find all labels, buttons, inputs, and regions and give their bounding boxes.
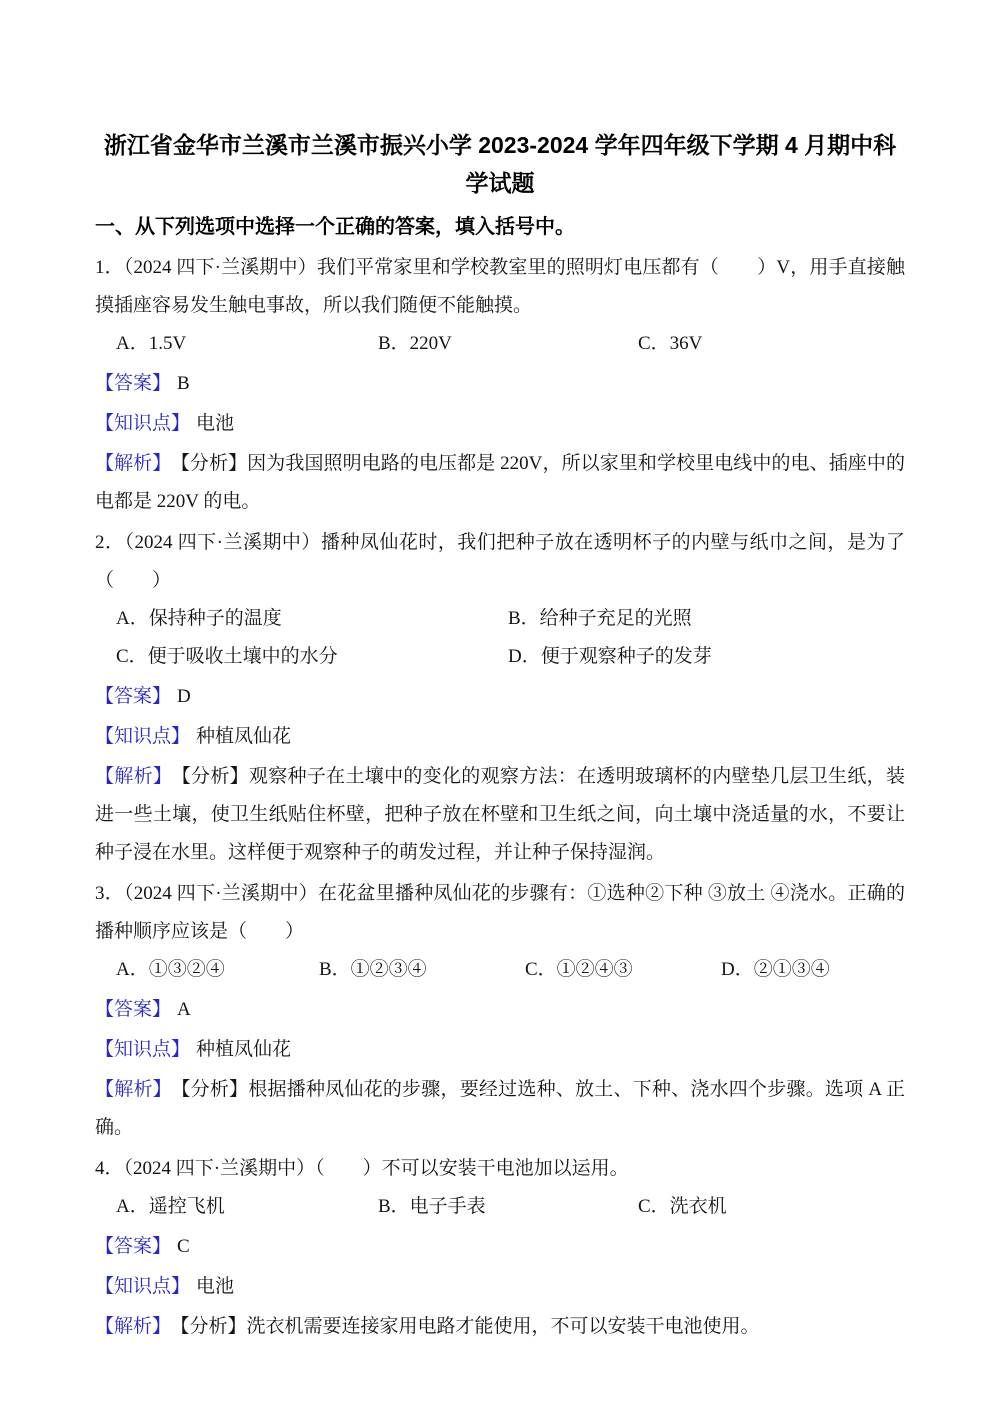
analysis-row-label: 【解析】: [95, 1316, 171, 1337]
question-stem: 1．（2024 四下·兰溪期中）我们平常家里和学校教室里的照明灯电压都有（ ）V…: [95, 249, 905, 325]
knowledge-row: 【知识点】电池: [95, 1268, 905, 1306]
option-C: C．洗衣机: [638, 1188, 905, 1226]
question-block-2: 2．（2024 四下·兰溪期中）播种凤仙花时，我们把种子放在透明杯子的内壁与纸巾…: [95, 524, 905, 872]
answer-row: 【答案】D: [95, 678, 905, 716]
option-B: B．电子手表: [378, 1188, 638, 1226]
knowledge-row-label: 【知识点】: [95, 1039, 190, 1060]
answer-row-label: 【答案】: [95, 1236, 171, 1257]
answer-row-label: 【答案】: [95, 373, 171, 394]
options-row: A．1.5VB．220VC．36V: [95, 325, 905, 363]
answer-row-value: B: [177, 373, 190, 394]
analysis-row-value: 【分析】根据播种凤仙花的步骤，要经过选种、放土、下种、浇水四个步骤。选项 A 正…: [95, 1079, 905, 1138]
analysis-row-value: 【分析】观察种子在土壤中的变化的观察方法：在透明玻璃杯的内壁垫几层卫生纸，装进一…: [95, 766, 905, 863]
knowledge-row: 【知识点】种植凤仙花: [95, 1031, 905, 1069]
knowledge-row-value: 种植凤仙花: [196, 726, 291, 747]
question-block-3: 3．（2024 四下·兰溪期中）在花盆里播种凤仙花的步骤有：①选种②下种 ③放土…: [95, 875, 905, 1147]
analysis-row: 【解析】【分析】根据播种凤仙花的步骤，要经过选种、放土、下种、浇水四个步骤。选项…: [95, 1071, 905, 1147]
knowledge-row-value: 电池: [196, 413, 234, 434]
analysis-row: 【解析】【分析】因为我国照明电路的电压都是 220V，所以家里和学校里电线中的电…: [95, 445, 905, 521]
option-A: A．保持种子的温度: [116, 600, 508, 638]
options-row: A．①③②④B．①②③④C．①②④③D．②①③④: [95, 951, 905, 989]
exam-document-page: 浙江省金华市兰溪市兰溪市振兴小学 2023-2024 学年四年级下学期 4 月期…: [0, 0, 1000, 1414]
knowledge-row-label: 【知识点】: [95, 413, 190, 434]
option-B: B．220V: [378, 325, 638, 363]
answer-row-label: 【答案】: [95, 686, 171, 707]
answer-row-value: D: [177, 686, 191, 707]
question-block-4: 4．（2024 四下·兰溪期中）（ ）不可以安装干电池加以运用。A．遥控飞机B．…: [95, 1150, 905, 1346]
analysis-row-value: 【分析】洗衣机需要连接家用电路才能使用，不可以安装干电池使用。: [180, 1316, 760, 1337]
analysis-row-label: 【解析】: [95, 1079, 172, 1100]
answer-row-value: A: [177, 999, 191, 1020]
page-title: 浙江省金华市兰溪市兰溪市振兴小学 2023-2024 学年四年级下学期 4 月期…: [95, 126, 905, 202]
option-A: A．1.5V: [116, 325, 378, 363]
knowledge-row-label: 【知识点】: [95, 726, 190, 747]
analysis-row: 【解析】【分析】观察种子在土壤中的变化的观察方法：在透明玻璃杯的内壁垫几层卫生纸…: [95, 758, 905, 872]
analysis-row-value: 【分析】因为我国照明电路的电压都是 220V，所以家里和学校里电线中的电、插座中…: [95, 453, 905, 512]
answer-row-value: C: [177, 1236, 190, 1257]
question-stem: 3．（2024 四下·兰溪期中）在花盆里播种凤仙花的步骤有：①选种②下种 ③放土…: [95, 875, 905, 951]
option-D: D．便于观察种子的发芽: [508, 638, 905, 676]
knowledge-row: 【知识点】种植凤仙花: [95, 718, 905, 756]
question-list: 1．（2024 四下·兰溪期中）我们平常家里和学校教室里的照明灯电压都有（ ）V…: [95, 249, 905, 1346]
option-B: B．给种子充足的光照: [508, 600, 905, 638]
options-row: A．遥控飞机B．电子手表C．洗衣机: [95, 1188, 905, 1226]
knowledge-row: 【知识点】电池: [95, 405, 905, 443]
option-C: C．36V: [638, 325, 905, 363]
answer-row-label: 【答案】: [95, 999, 171, 1020]
options-row: A．保持种子的温度B．给种子充足的光照C．便于吸收土壤中的水分D．便于观察种子的…: [95, 600, 905, 676]
option-D: D．②①③④: [721, 951, 905, 989]
answer-row: 【答案】A: [95, 991, 905, 1029]
option-C: C．①②④③: [525, 951, 721, 989]
analysis-row-label: 【解析】: [95, 453, 171, 474]
question-stem: 2．（2024 四下·兰溪期中）播种凤仙花时，我们把种子放在透明杯子的内壁与纸巾…: [95, 524, 905, 600]
knowledge-row-value: 电池: [196, 1276, 234, 1297]
option-A: A．遥控飞机: [116, 1188, 378, 1226]
answer-row: 【答案】B: [95, 365, 905, 403]
knowledge-row-label: 【知识点】: [95, 1276, 190, 1297]
analysis-row-label: 【解析】: [95, 766, 172, 787]
question-stem: 4．（2024 四下·兰溪期中）（ ）不可以安装干电池加以运用。: [95, 1150, 905, 1188]
option-B: B．①②③④: [319, 951, 525, 989]
analysis-row: 【解析】【分析】洗衣机需要连接家用电路才能使用，不可以安装干电池使用。: [95, 1308, 905, 1346]
section-header: 一、从下列选项中选择一个正确的答案，填入括号中。: [95, 208, 905, 246]
knowledge-row-value: 种植凤仙花: [196, 1039, 291, 1060]
option-A: A．①③②④: [116, 951, 319, 989]
question-block-1: 1．（2024 四下·兰溪期中）我们平常家里和学校教室里的照明灯电压都有（ ）V…: [95, 249, 905, 521]
option-C: C．便于吸收土壤中的水分: [116, 638, 508, 676]
answer-row: 【答案】C: [95, 1228, 905, 1266]
